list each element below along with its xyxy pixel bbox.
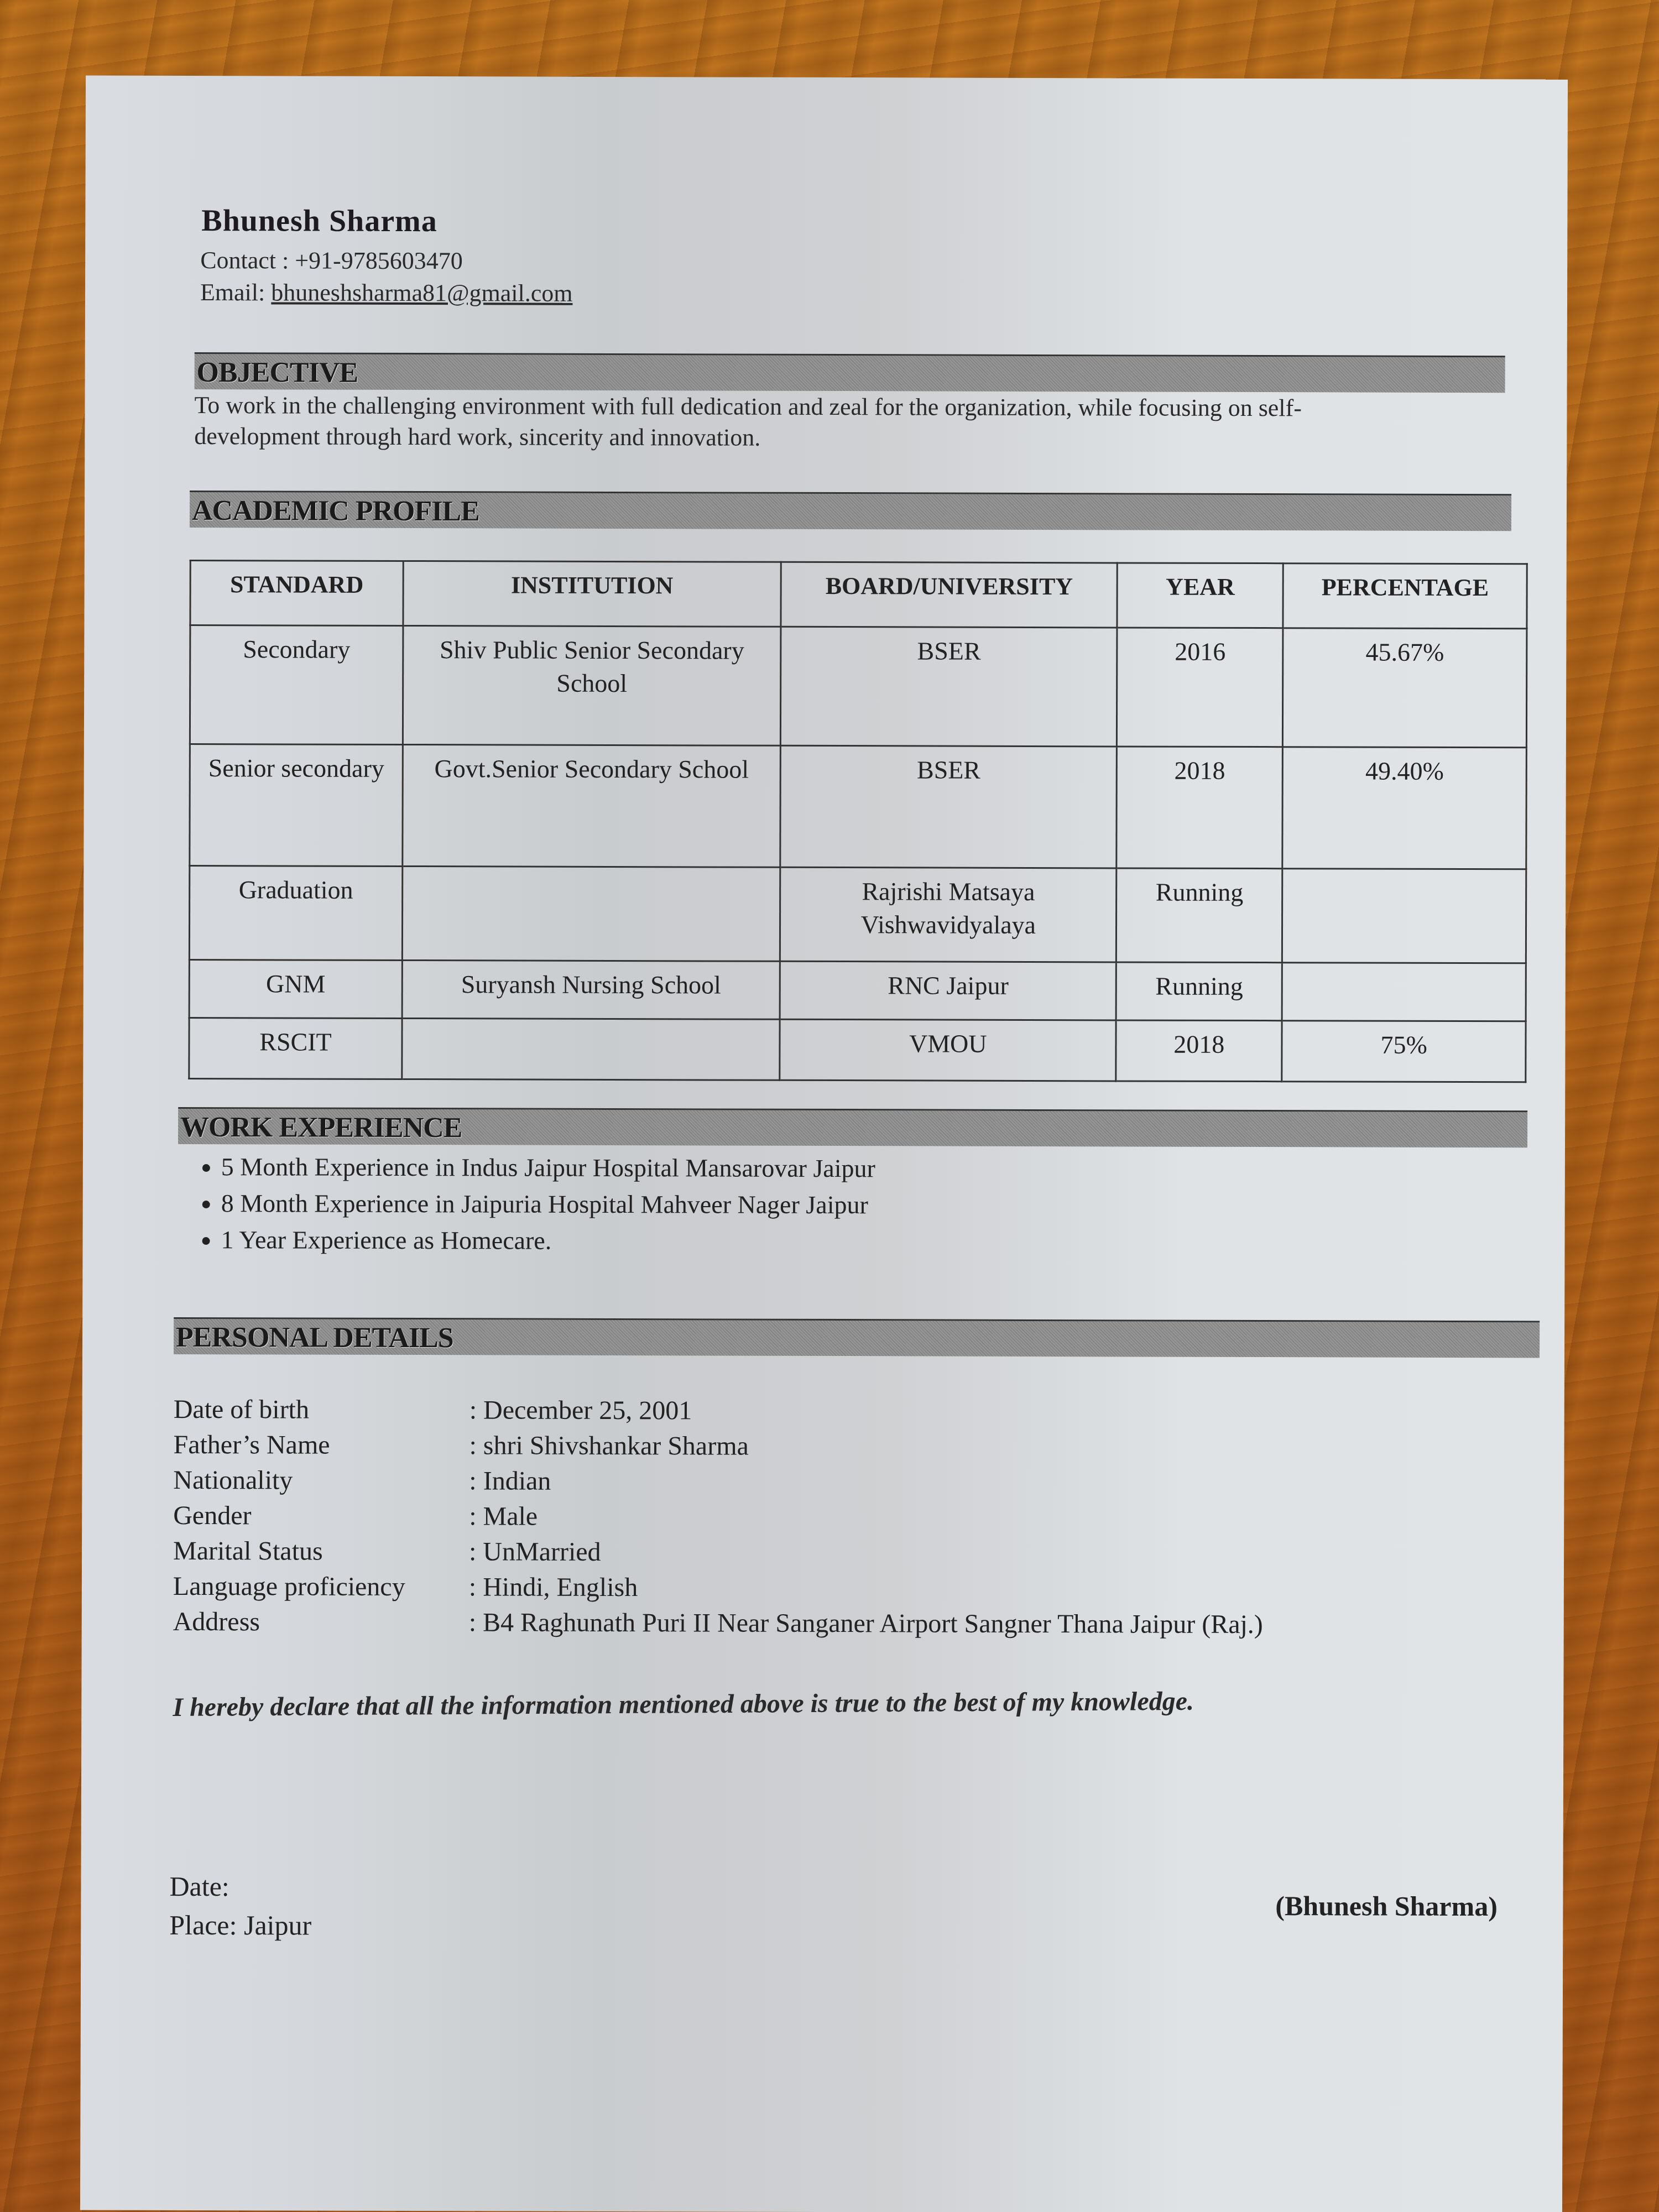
- table-cell: Senior secondary: [190, 744, 403, 866]
- email-label: Email:: [200, 279, 271, 306]
- detail-label: Father’s Name: [173, 1427, 469, 1463]
- contact-number: Contact : +91-9785603470: [200, 246, 463, 275]
- academic-table: STANDARD INSTITUTION BOARD/UNIVERSITY YE…: [188, 560, 1527, 1083]
- detail-value: : B4 Raghunath Puri II Near Sanganer Air…: [469, 1605, 1263, 1642]
- objective-heading: OBJECTIVE: [197, 356, 358, 389]
- detail-value: : UnMarried: [469, 1534, 601, 1570]
- table-cell: 2018: [1117, 747, 1283, 869]
- detail-value: : Hindi, English: [469, 1569, 638, 1605]
- table-cell: 2018: [1116, 1020, 1282, 1082]
- column-header: STANDARD: [190, 560, 403, 625]
- list-item: 1 Year Experience as Homecare.: [221, 1222, 875, 1260]
- academic-heading-bar: ACADEMIC PROFILE: [190, 491, 1511, 531]
- detail-row: Language proficiency: Hindi, English: [173, 1569, 1263, 1607]
- detail-row: Date of birth: December 25, 2001: [174, 1392, 1264, 1430]
- detail-row: Father’s Name: shri Shivshankar Sharma: [173, 1427, 1263, 1465]
- list-item: 5 Month Experience in Indus Jaipur Hospi…: [221, 1149, 875, 1187]
- work-heading: WORK EXPERIENCE: [180, 1111, 462, 1144]
- personal-heading-bar: PERSONAL DETAILS: [174, 1317, 1540, 1358]
- table-row: RSCITVMOU201875%: [189, 1018, 1526, 1082]
- objective-text: To work in the challenging environment w…: [194, 390, 1302, 455]
- detail-value: : Indian: [469, 1463, 551, 1499]
- table-cell: 45.67%: [1283, 628, 1527, 748]
- personal-heading: PERSONAL DETAILS: [176, 1321, 453, 1354]
- detail-label: Gender: [173, 1498, 469, 1534]
- table-cell: Shiv Public Senior Secondary School: [403, 626, 781, 746]
- detail-value: : December 25, 2001: [469, 1392, 692, 1428]
- work-experience-list: 5 Month Experience in Indus Jaipur Hospi…: [176, 1149, 875, 1260]
- applicant-name: Bhunesh Sharma: [201, 203, 437, 239]
- detail-value: : Male: [469, 1499, 538, 1534]
- column-header: BOARD/UNIVERSITY: [781, 562, 1117, 628]
- table-cell: Running: [1117, 868, 1283, 963]
- column-header: YEAR: [1117, 563, 1283, 628]
- signature-name: (Bhunesh Sharma): [1275, 1890, 1498, 1922]
- detail-row: Gender: Male: [173, 1498, 1263, 1536]
- table-cell: BSER: [781, 627, 1118, 747]
- detail-value: : shri Shivshankar Sharma: [469, 1428, 748, 1464]
- table-cell: Rajrishi Matsaya Vishwavidyalaya: [780, 867, 1117, 962]
- table-cell: [1282, 963, 1526, 1021]
- table-cell: Suryansh Nursing School: [402, 961, 780, 1020]
- table-cell: [1282, 869, 1526, 963]
- table-cell: Govt.Senior Secondary School: [403, 745, 781, 868]
- detail-label: Nationality: [173, 1463, 469, 1499]
- objective-line-1: To work in the challenging environment w…: [194, 390, 1302, 424]
- table-cell: Secondary: [190, 625, 403, 744]
- table-row: Senior secondaryGovt.Senior Secondary Sc…: [190, 744, 1527, 869]
- table-row: GraduationRajrishi Matsaya Vishwavidyala…: [189, 865, 1526, 963]
- column-header: PERCENTAGE: [1283, 564, 1527, 629]
- table-cell: RNC Jaipur: [780, 961, 1116, 1020]
- detail-label: Address: [173, 1604, 469, 1640]
- academic-heading: ACADEMIC PROFILE: [192, 494, 479, 528]
- resume-paper: Bhunesh Sharma Contact : +91-9785603470 …: [80, 75, 1568, 2212]
- table-row: SecondaryShiv Public Senior Secondary Sc…: [190, 625, 1527, 747]
- table-header-row: STANDARD INSTITUTION BOARD/UNIVERSITY YE…: [190, 560, 1527, 628]
- work-heading-bar: WORK EXPERIENCE: [178, 1107, 1527, 1147]
- list-item: 8 Month Experience in Jaipuria Hospital …: [221, 1185, 875, 1223]
- objective-heading-bar: OBJECTIVE: [195, 352, 1505, 393]
- email-line: Email: bhuneshsharma81@gmail.com: [200, 278, 573, 307]
- table-cell: GNM: [189, 959, 402, 1018]
- detail-row: Nationality: Indian: [173, 1463, 1263, 1501]
- table-cell: BSER: [780, 745, 1117, 868]
- place-label: Place: Jaipur: [169, 1909, 311, 1942]
- table-cell: Running: [1116, 962, 1282, 1021]
- date-label: Date:: [169, 1870, 229, 1902]
- table-cell: 2016: [1117, 628, 1284, 747]
- table-cell: VMOU: [780, 1019, 1116, 1081]
- table-cell: RSCIT: [189, 1018, 402, 1079]
- table-cell: Graduation: [189, 865, 402, 960]
- objective-line-2: development through hard work, sincerity…: [194, 421, 1302, 455]
- email-link[interactable]: bhuneshsharma81@gmail.com: [271, 279, 572, 306]
- table-cell: [402, 867, 780, 962]
- detail-row: Address: B4 Raghunath Puri II Near Sanga…: [173, 1604, 1263, 1642]
- detail-row: Marital Status: UnMarried: [173, 1533, 1263, 1572]
- table-row: GNMSuryansh Nursing SchoolRNC JaipurRunn…: [189, 959, 1526, 1021]
- detail-label: Language proficiency: [173, 1569, 469, 1605]
- table-cell: 75%: [1282, 1021, 1526, 1082]
- detail-label: Marital Status: [173, 1533, 469, 1569]
- detail-label: Date of birth: [174, 1392, 469, 1428]
- column-header: INSTITUTION: [403, 561, 781, 627]
- personal-details: Date of birth: December 25, 2001Father’s…: [173, 1392, 1264, 1642]
- declaration-text: I hereby declare that all the informatio…: [173, 1686, 1194, 1723]
- table-cell: [402, 1019, 780, 1081]
- table-cell: 49.40%: [1282, 747, 1526, 869]
